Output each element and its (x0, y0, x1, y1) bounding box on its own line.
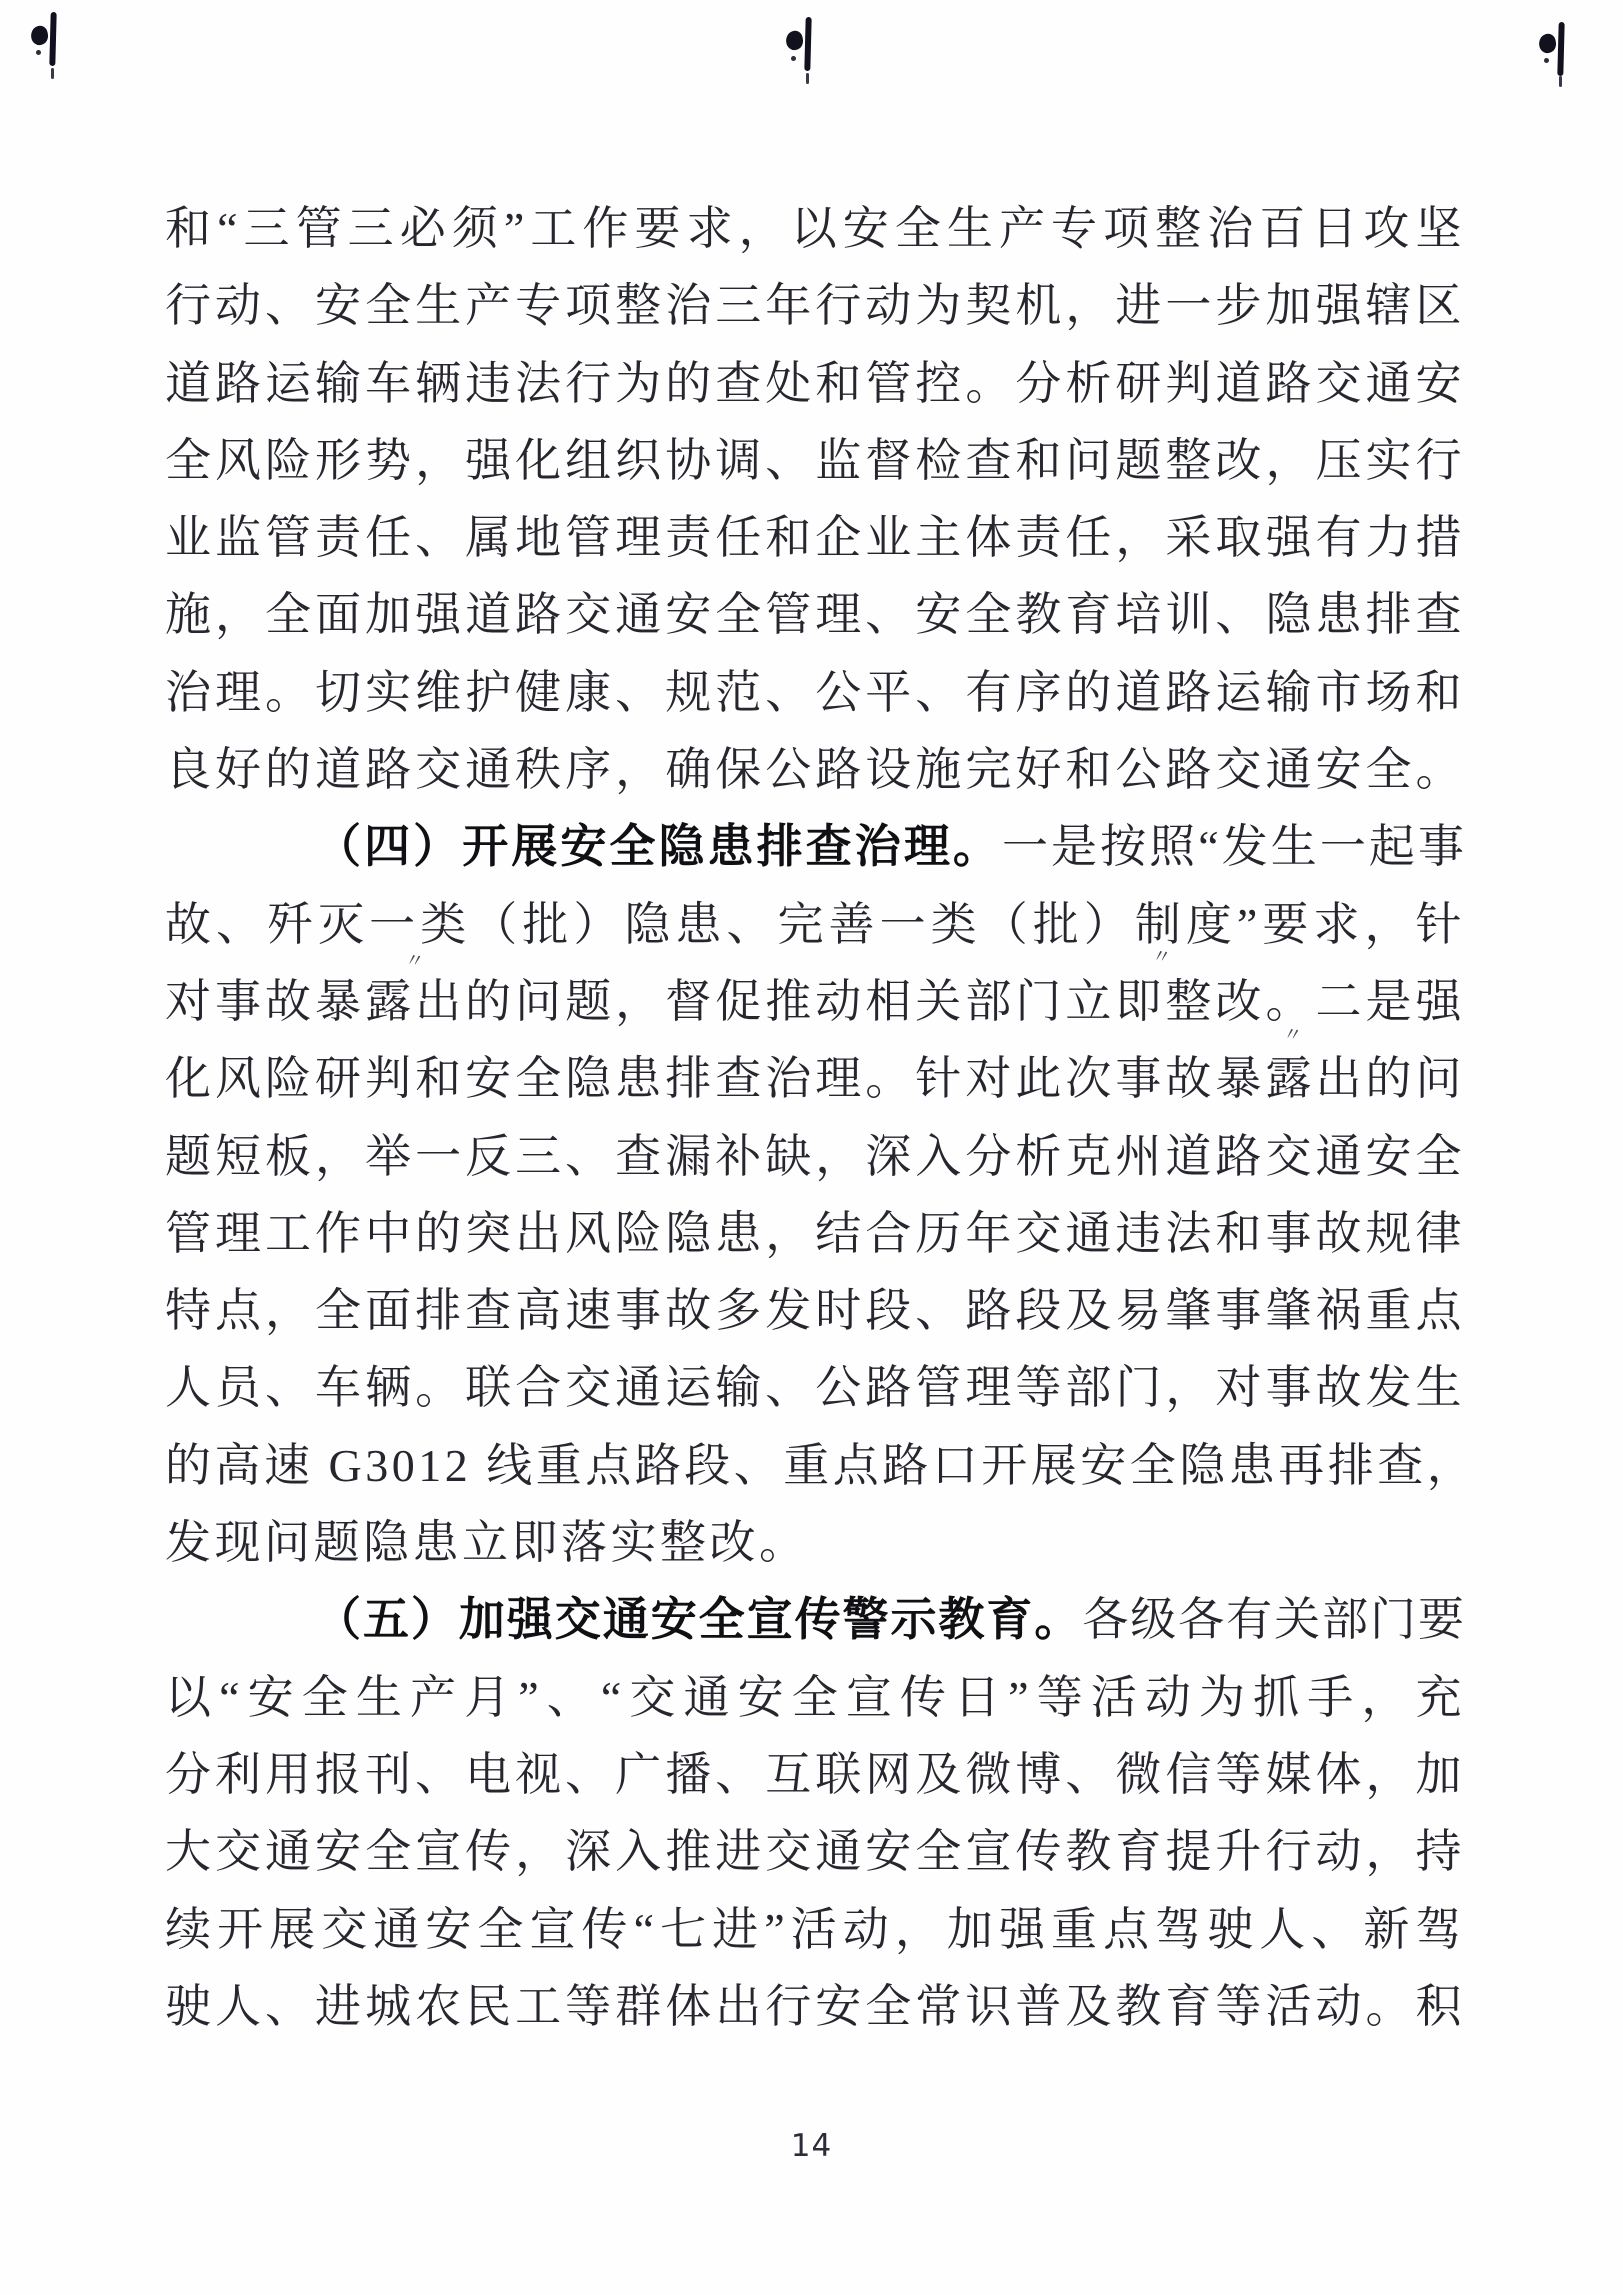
paragraph-text: 对事故暴露出的问题，督促推动相关部门立即整改。二是强 (165, 976, 1465, 1027)
ink-tail (1559, 76, 1562, 87)
paragraph-text: 施，全面加强道路交通安全管理、安全教育培训、隐患排查 (165, 589, 1465, 640)
text-line: （四）开展安全隐患排查治理。一是按照“发生一起事 (165, 808, 1465, 885)
text-line: 对事故暴露出的问题，督促推动相关部门立即整改。二是强 (165, 963, 1465, 1040)
ink-mark-left (30, 10, 70, 82)
text-line: （五）加强交通安全宣传警示教育。各级各有关部门要 (165, 1581, 1465, 1658)
paragraph-text: 治理。切实维护健康、规范、公平、有序的道路运输市场和 (165, 667, 1465, 718)
text-line: 的高速 G3012 线重点路段、重点路口开展安全隐患再排查， (165, 1427, 1465, 1504)
text-line: 续开展交通安全宣传“七进”活动，加强重点驾驶人、新驾 (165, 1891, 1465, 1968)
ink-stroke (804, 17, 811, 71)
paragraph-text: 人员、车辆。联合交通运输、公路管理等部门，对事故发生 (165, 1362, 1465, 1413)
text-line: 分利用报刊、电视、广播、互联网及微博、微信等媒体，加 (165, 1736, 1465, 1813)
paragraph-text: 化风险研判和安全隐患排查治理。针对此次事故暴露出的问 (165, 1053, 1465, 1104)
paragraph-text: 大交通安全宣传，深入推进交通安全宣传教育提升行动，持 (165, 1826, 1465, 1877)
text-line: 治理。切实维护健康、规范、公平、有序的道路运输市场和 (165, 654, 1465, 731)
ink-stroke (1557, 22, 1564, 76)
ink-dot (791, 56, 796, 61)
paragraph-text: 发现问题隐患立即落实整改。 (165, 1517, 809, 1568)
paragraph-text: 驶人、进城农民工等群体出行安全常识普及教育等活动。积 (165, 1981, 1465, 2032)
text-line: 道路运输车辆违法行为的查处和管控。分析研判道路交通安 (165, 345, 1465, 422)
paragraph-text: 题短板，举一反三、查漏补缺，深入分析克州道路交通安全 (165, 1131, 1465, 1182)
ink-tail (806, 73, 809, 84)
ink-blob (1537, 32, 1558, 54)
text-line: 施，全面加强道路交通安全管理、安全教育培训、隐患排查 (165, 576, 1465, 653)
ink-mark-center (786, 14, 826, 86)
text-line: 良好的道路交通秩序，确保公路设施完好和公路交通安全。 (165, 731, 1465, 808)
paragraph-text: 故、歼灭一类（批）隐患、完善一类（批）制度”要求，针 (165, 899, 1465, 950)
document-text-block: 和“三管三必须”工作要求，以安全生产专项整治百日攻坚行动、安全生产专项整治三年行… (165, 190, 1465, 2045)
paragraph-text: 以“安全生产月”、“交通安全宣传日”等活动为抓手，充 (165, 1672, 1465, 1723)
text-line: 大交通安全宣传，深入推进交通安全宣传教育提升行动，持 (165, 1813, 1465, 1890)
ink-mark-right (1538, 20, 1578, 92)
text-line: 全风险形势，强化组织协调、监督检查和问题整改，压实行 (165, 422, 1465, 499)
paragraph-heading: （五）加强交通安全宣传警示教育。 (315, 1593, 1082, 1645)
text-line: 行动、安全生产专项整治三年行动为契机，进一步加强辖区 (165, 267, 1465, 344)
paragraph-text: 道路运输车辆违法行为的查处和管控。分析研判道路交通安 (165, 358, 1465, 409)
text-line: 化风险研判和安全隐患排查治理。针对此次事故暴露出的问 (165, 1040, 1465, 1117)
text-line: 管理工作中的突出风险隐患，结合历年交通违法和事故规律 (165, 1195, 1465, 1272)
text-line: 和“三管三必须”工作要求，以安全生产专项整治百日攻坚 (165, 190, 1465, 267)
ink-stroke (49, 12, 56, 66)
paragraph-text: 续开展交通安全宣传“七进”活动，加强重点驾驶人、新驾 (165, 1904, 1465, 1955)
paragraph-heading: （四）开展安全隐患排查治理。 (315, 820, 1002, 872)
text-line: 人员、车辆。联合交通运输、公路管理等部门，对事故发生 (165, 1349, 1465, 1426)
paragraph-text: 行动、安全生产专项整治三年行动为契机，进一步加强辖区 (165, 280, 1465, 331)
scanned-document-page: 〃 〃 〃 和“三管三必须”工作要求，以安全生产专项整治百日攻坚行动、安全生产专… (0, 0, 1623, 2295)
paragraph-text: 一是按照“发生一起事 (1002, 821, 1465, 872)
paragraph-text: 的高速 G3012 线重点路段、重点路口开展安全隐患再排查， (165, 1440, 1476, 1491)
text-line: 题短板，举一反三、查漏补缺，深入分析克州道路交通安全 (165, 1118, 1465, 1195)
paragraph-text: 全风险形势，强化组织协调、监督检查和问题整改，压实行 (165, 435, 1465, 486)
ink-dot (1544, 58, 1549, 63)
ink-blob (784, 29, 805, 51)
ink-blob (29, 24, 50, 46)
page-number: 14 (0, 2128, 1623, 2164)
paragraph-text: 和“三管三必须”工作要求，以安全生产专项整治百日攻坚 (165, 203, 1465, 254)
text-line: 业监管责任、属地管理责任和企业主体责任，采取强有力措 (165, 499, 1465, 576)
paragraph-text: 特点，全面排查高速事故多发时段、路段及易肇事肇祸重点 (165, 1285, 1465, 1336)
paragraph-text: 业监管责任、属地管理责任和企业主体责任，采取强有力措 (165, 512, 1465, 563)
paragraph-text: 各级各有关部门要 (1082, 1594, 1465, 1645)
text-line: 故、歼灭一类（批）隐患、完善一类（批）制度”要求，针 (165, 886, 1465, 963)
text-line: 特点，全面排查高速事故多发时段、路段及易肇事肇祸重点 (165, 1272, 1465, 1349)
paragraph-text: 分利用报刊、电视、广播、互联网及微博、微信等媒体，加 (165, 1749, 1465, 1800)
paragraph-text: 良好的道路交通秩序，确保公路设施完好和公路交通安全。 (165, 744, 1465, 795)
text-line: 发现问题隐患立即落实整改。 (165, 1504, 1465, 1581)
paragraph-text: 管理工作中的突出风险隐患，结合历年交通违法和事故规律 (165, 1208, 1465, 1259)
ink-tail (51, 68, 54, 79)
text-line: 以“安全生产月”、“交通安全宣传日”等活动为抓手，充 (165, 1659, 1465, 1736)
ink-dot (36, 50, 41, 55)
text-line: 驶人、进城农民工等群体出行安全常识普及教育等活动。积 (165, 1968, 1465, 2045)
